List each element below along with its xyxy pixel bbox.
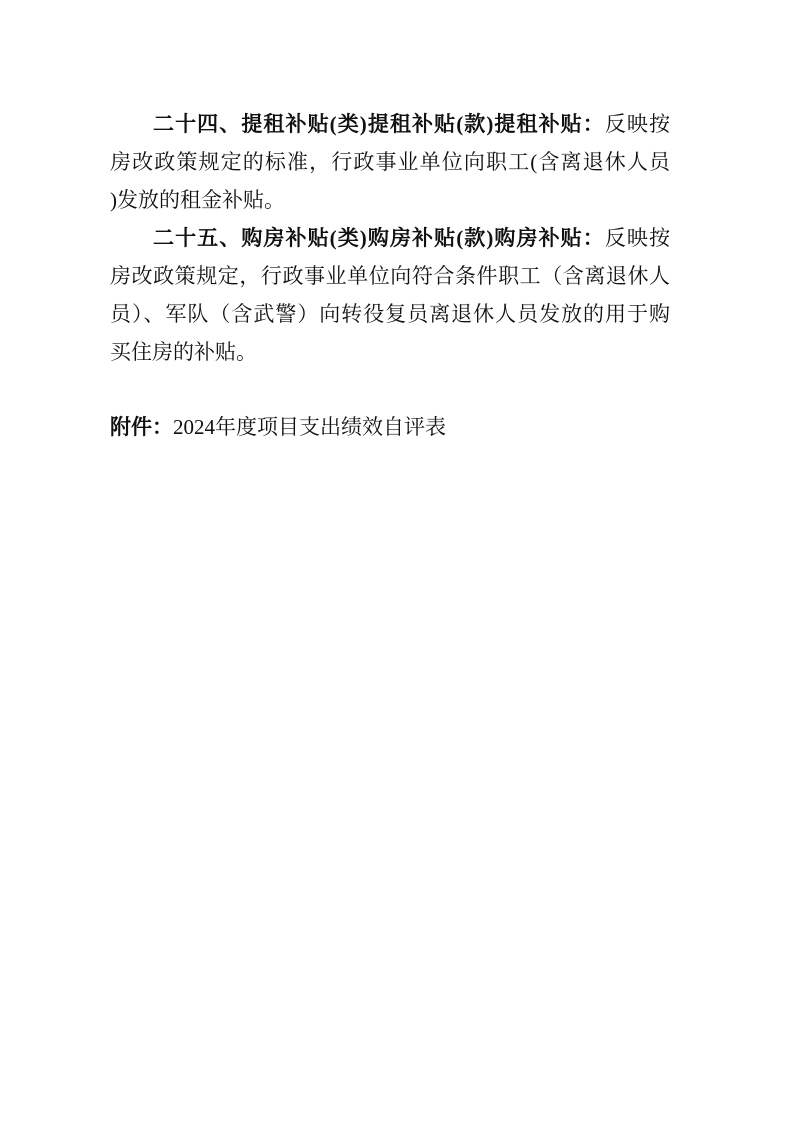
paragraph-line: 买住房的补贴。 [110,333,670,371]
attachment-title: 2024年度项目支出绩效自评表 [173,415,446,439]
paragraph-line: 二十四、提租补贴(类)提租补贴(款)提租补贴：反映按 [110,105,670,143]
paragraph-item-25: 二十五、购房补贴(类)购房补贴(款)购房补贴：反映按 房改政策规定，行政事业单位… [110,219,670,371]
paragraph-line: 员）、军队（含武警）向转役复员离退休人员发放的用于购 [110,295,670,333]
document-page: 二十四、提租补贴(类)提租补贴(款)提租补贴：反映按 房改政策规定的标准，行政事… [0,0,793,1122]
attachment-label: 附件： [110,415,173,439]
paragraph-line: 房改政策规定，行政事业单位向符合条件职工（含离退休人 [110,257,670,295]
section-heading-run: 二十五、购房补贴(类)购房补贴(款)购房补贴： [153,226,605,250]
paragraph-item-24: 二十四、提租补贴(类)提租补贴(款)提租补贴：反映按 房改政策规定的标准，行政事… [110,105,670,219]
body-text-run: 反映按 [605,226,670,250]
paragraph-line: )发放的租金补贴。 [110,181,670,219]
body-text-run: 反映按 [605,112,670,136]
section-heading-run: 二十四、提租补贴(类)提租补贴(款)提租补贴： [153,112,605,136]
attachment-line: 附件：2024年度项目支出绩效自评表 [110,408,670,446]
document-body: 二十四、提租补贴(类)提租补贴(款)提租补贴：反映按 房改政策规定的标准，行政事… [110,105,670,446]
paragraph-line: 二十五、购房补贴(类)购房补贴(款)购房补贴：反映按 [110,219,670,257]
paragraph-line: 房改政策规定的标准，行政事业单位向职工(含离退休人员 [110,143,670,181]
